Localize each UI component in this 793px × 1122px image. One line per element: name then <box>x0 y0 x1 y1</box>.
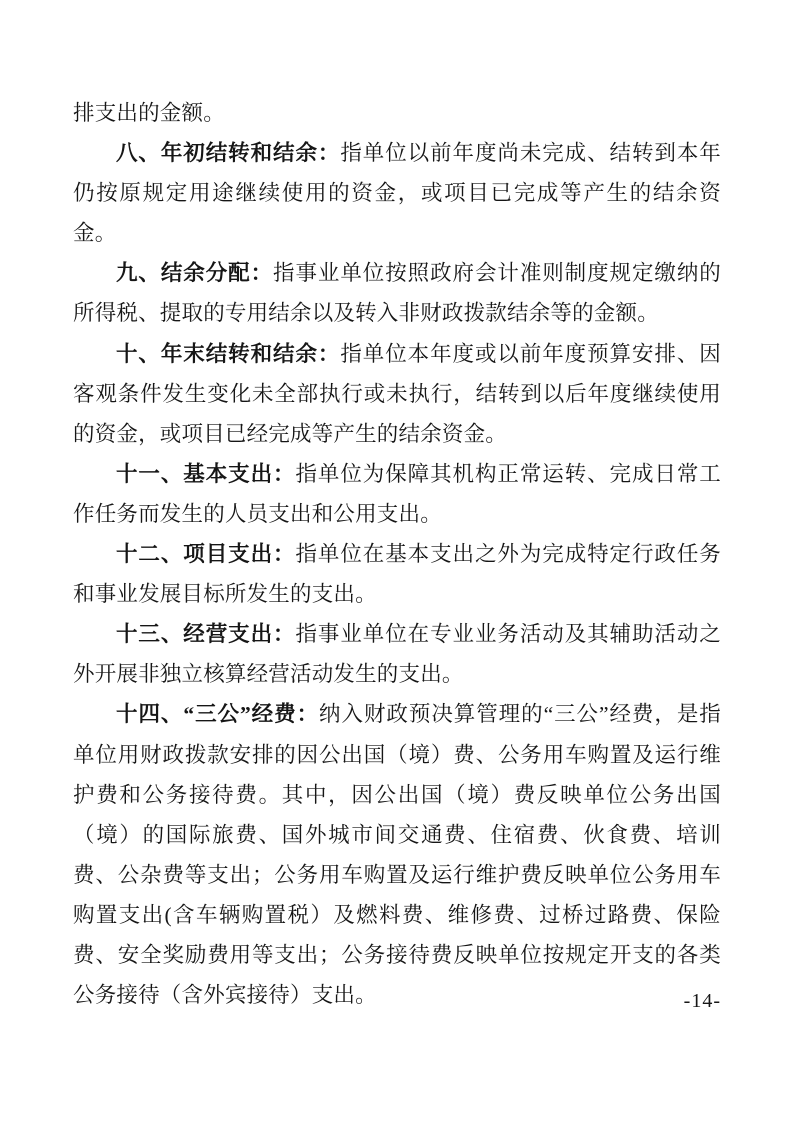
paragraph-term-13: 十三、经营支出：指事业单位在专业业务活动及其辅助活动之外开展非独立核算经营活动发… <box>73 614 721 694</box>
page-number: -14- <box>684 990 721 1013</box>
paragraph-term-9: 九、结余分配：指事业单位按照政府会计准则制度规定缴纳的所得税、提取的专用结余以及… <box>73 253 721 333</box>
paragraph-heading: 十、年末结转和结余： <box>116 342 340 366</box>
paragraph-heading: 十二、项目支出： <box>116 542 295 566</box>
paragraph-term-8: 八、年初结转和结余：指单位以前年度尚未完成、结转到本年仍按原规定用途继续使用的资… <box>73 133 721 253</box>
paragraph-heading: 十三、经营支出： <box>116 622 295 646</box>
paragraph-term-11: 十一、基本支出：指单位为保障其机构正常运转、完成日常工作任务而发生的人员支出和公… <box>73 454 721 534</box>
page-body-text: 排支出的金额。 八、年初结转和结余：指单位以前年度尚未完成、结转到本年仍按原规定… <box>73 93 721 1015</box>
paragraph-heading: 八、年初结转和结余： <box>116 141 340 165</box>
document-page: 排支出的金额。 八、年初结转和结余：指单位以前年度尚未完成、结转到本年仍按原规定… <box>0 0 793 1122</box>
paragraph-term-10: 十、年末结转和结余：指单位本年度或以前年度预算安排、因客观条件发生变化未全部执行… <box>73 334 721 454</box>
paragraph-heading: 十四、“三公”经费： <box>116 702 319 726</box>
paragraph-heading: 九、结余分配： <box>116 261 273 285</box>
paragraph-term-12: 十二、项目支出：指单位在基本支出之外为完成特定行政任务和事业发展目标所发生的支出… <box>73 534 721 614</box>
paragraph-text: 排支出的金额。 <box>73 101 225 125</box>
paragraph-text: 纳入财政预决算管理的“三公”经费，是指单位用财政拨款安排的因公出国（境）费、公务… <box>73 702 721 1007</box>
paragraph-continuation: 排支出的金额。 <box>73 93 721 133</box>
paragraph-term-14: 十四、“三公”经费：纳入财政预决算管理的“三公”经费，是指单位用财政拨款安排的因… <box>73 694 721 1015</box>
paragraph-heading: 十一、基本支出： <box>116 462 295 486</box>
